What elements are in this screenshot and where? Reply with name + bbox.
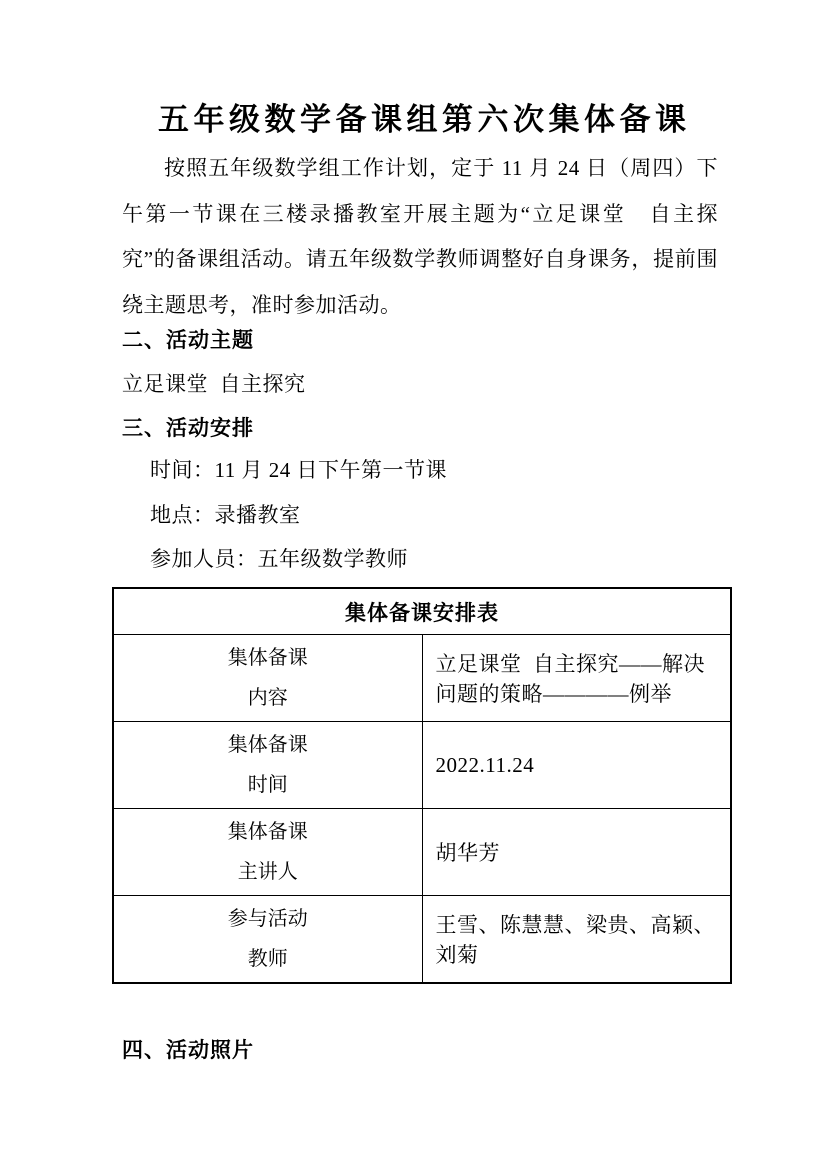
row-value-cell: 王雪、陈慧慧、梁贵、高颖、刘菊 — [422, 896, 731, 983]
table-caption: 集体备课安排表 — [113, 588, 731, 635]
activity-theme-text: 立足课堂 自主探究 — [122, 371, 306, 398]
section-heading-activity-photos: 四、活动照片 — [122, 1037, 254, 1064]
table-row: 集体备课 时间 2022.11.24 — [113, 722, 731, 809]
row-value-cell: 立足课堂 自主探究——解决问题的策略————例举 — [422, 635, 731, 722]
document-page: 五年级数学备课组第六次集体备课 按照五年级数学组工作计划，定于 11 月 24 … — [0, 0, 827, 1170]
section-heading-activity-theme: 二、活动主题 — [122, 327, 254, 354]
row-label-line2: 主讲人 — [116, 852, 420, 892]
detail-line-participants: 参加人员：五年级数学教师 — [150, 546, 408, 573]
intro-paragraph: 按照五年级数学组工作计划，定于 11 月 24 日（周四）下午第一节课在三楼录播… — [122, 146, 718, 328]
row-label-line1: 集体备课 — [116, 725, 420, 765]
row-label-cell: 集体备课 主讲人 — [113, 809, 422, 896]
row-label-line2: 时间 — [116, 765, 420, 805]
row-label-cell: 集体备课 内容 — [113, 635, 422, 722]
row-label-line1: 集体备课 — [116, 638, 420, 678]
row-label-line2: 教师 — [116, 939, 420, 979]
table-row: 集体备课 主讲人 胡华芳 — [113, 809, 731, 896]
row-label-cell: 集体备课 时间 — [113, 722, 422, 809]
row-value-cell: 2022.11.24 — [422, 722, 731, 809]
row-label-line2: 内容 — [116, 678, 420, 718]
row-label-line1: 集体备课 — [116, 812, 420, 852]
table-row: 参与活动 教师 王雪、陈慧慧、梁贵、高颖、刘菊 — [113, 896, 731, 983]
schedule-table: 集体备课安排表 集体备课 内容 立足课堂 自主探究——解决问题的策略————例举… — [112, 587, 732, 984]
row-value-cell: 胡华芳 — [422, 809, 731, 896]
table-caption-row: 集体备课安排表 — [113, 588, 731, 635]
row-label-line1: 参与活动 — [116, 899, 420, 939]
detail-line-place: 地点：录播教室 — [150, 502, 301, 529]
section-heading-activity-plan: 三、活动安排 — [122, 415, 254, 442]
table-row: 集体备课 内容 立足课堂 自主探究——解决问题的策略————例举 — [113, 635, 731, 722]
row-label-cell: 参与活动 教师 — [113, 896, 422, 983]
document-title: 五年级数学备课组第六次集体备课 — [158, 101, 691, 138]
detail-line-time: 时间：11 月 24 日下午第一节课 — [150, 457, 447, 484]
